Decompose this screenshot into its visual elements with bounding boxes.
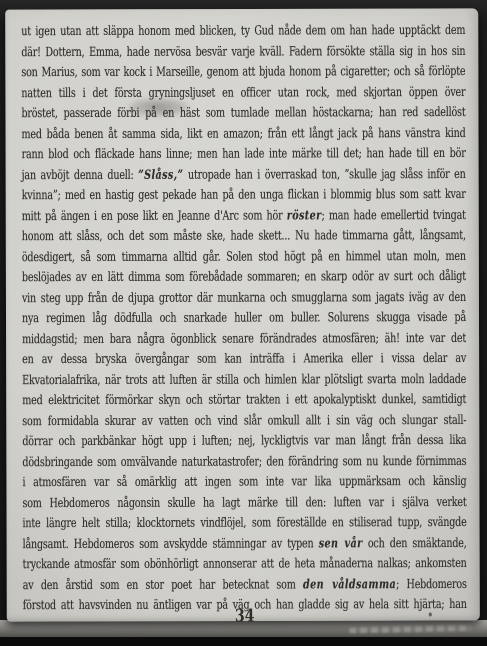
scan-background: ut igen utan att släppa honom med blicke…: [0, 0, 487, 646]
text-segment: natten tills i det första gryningsljuset…: [21, 85, 465, 101]
text-segment: ut igen utan att släppa honom med blicke…: [21, 23, 465, 39]
emphasized-text: ”Slåss,”: [138, 168, 183, 183]
text-segment: beslöjades av en lätt dimma som förebåda…: [22, 269, 466, 285]
text-segment: med elektricitet förmörkar skyn och stör…: [22, 392, 466, 408]
text-segment: ; man hade emellertid tvingat: [322, 208, 466, 223]
screenshot-root: { "document": { "page_number": "34", "co…: [0, 0, 487, 646]
text-segment: i atmosfären var så omärklig att ingen s…: [22, 474, 466, 490]
emphasized-text: sen vår: [319, 536, 363, 551]
text-segment: ödesdigert, så som timmarna alltid går. …: [22, 249, 466, 265]
text-segment: en av dessa bryska övergångar som kan in…: [22, 351, 466, 367]
text-segment: kvinna”; med en hastig gest pekade han p…: [22, 187, 466, 203]
text-segment: son Marius, som var kock i Marseille, ge…: [21, 64, 465, 80]
text-segment: dödsbringande som omvälvande naturkatast…: [22, 454, 466, 470]
scan-bottom-bar: [0, 637, 487, 646]
text-segment: mitt på ängen i en pose likt en Jeanne d…: [22, 208, 287, 223]
page-number: 34: [23, 606, 467, 632]
text-segment: där! Dottern, Emma, hade nervösa besvär …: [21, 44, 465, 60]
text-segment: dörrar och parkbänkar högt upp i luften;…: [22, 433, 466, 449]
text-segment: nya regimen låg dödfulla och snarkade hu…: [22, 310, 466, 326]
emphasized-text: den våldsamma: [303, 577, 396, 592]
text-segment: med båda benen åt samma sida, likt en am…: [22, 126, 466, 142]
text-segment: som Hebdomeros någonsin skulle ha lagt m…: [22, 495, 466, 511]
text-segment: ; Hebdomeros: [396, 577, 467, 592]
text-segment: jan avböjt denna duell:: [22, 168, 139, 183]
text-segment: utropade han i överraskad ton, ”skulle j…: [183, 167, 465, 182]
text-segment: Ekvatorialafrika, när trots att luften ä…: [22, 372, 466, 388]
page-body-text: ut igen utan att släppa honom med blicke…: [21, 21, 467, 617]
ink-dot: [429, 613, 432, 617]
scanned-book-page: ut igen utan att släppa honom med blicke…: [5, 8, 480, 621]
text-segment: som formidabla skurar av vatten och vind…: [22, 413, 466, 429]
emphasized-text: röster: [287, 208, 322, 223]
text-segment: långsamt. Hebdomeros som avskydde stämni…: [23, 536, 319, 551]
text-segment: vin steg upp från de djupa grottor där m…: [22, 290, 466, 306]
text-segment: middagstid; men bara några ögonblick sen…: [22, 331, 466, 347]
text-segment: rann blod och fläckade hans linne; men h…: [22, 146, 466, 162]
text-segment: honom att slåss, och det som måste ske, …: [22, 228, 466, 244]
text-segment: av den årstid som en stor poet har betec…: [23, 577, 303, 592]
text-segment: tryckande atmosfär som obönhörligt annon…: [23, 556, 467, 572]
text-segment: bröstet, passerade förbi på en häst som …: [21, 105, 465, 121]
text-segment: och den smäktande,: [363, 536, 467, 551]
text-segment: inte längre helt stilla; klocktornets vi…: [23, 515, 467, 531]
